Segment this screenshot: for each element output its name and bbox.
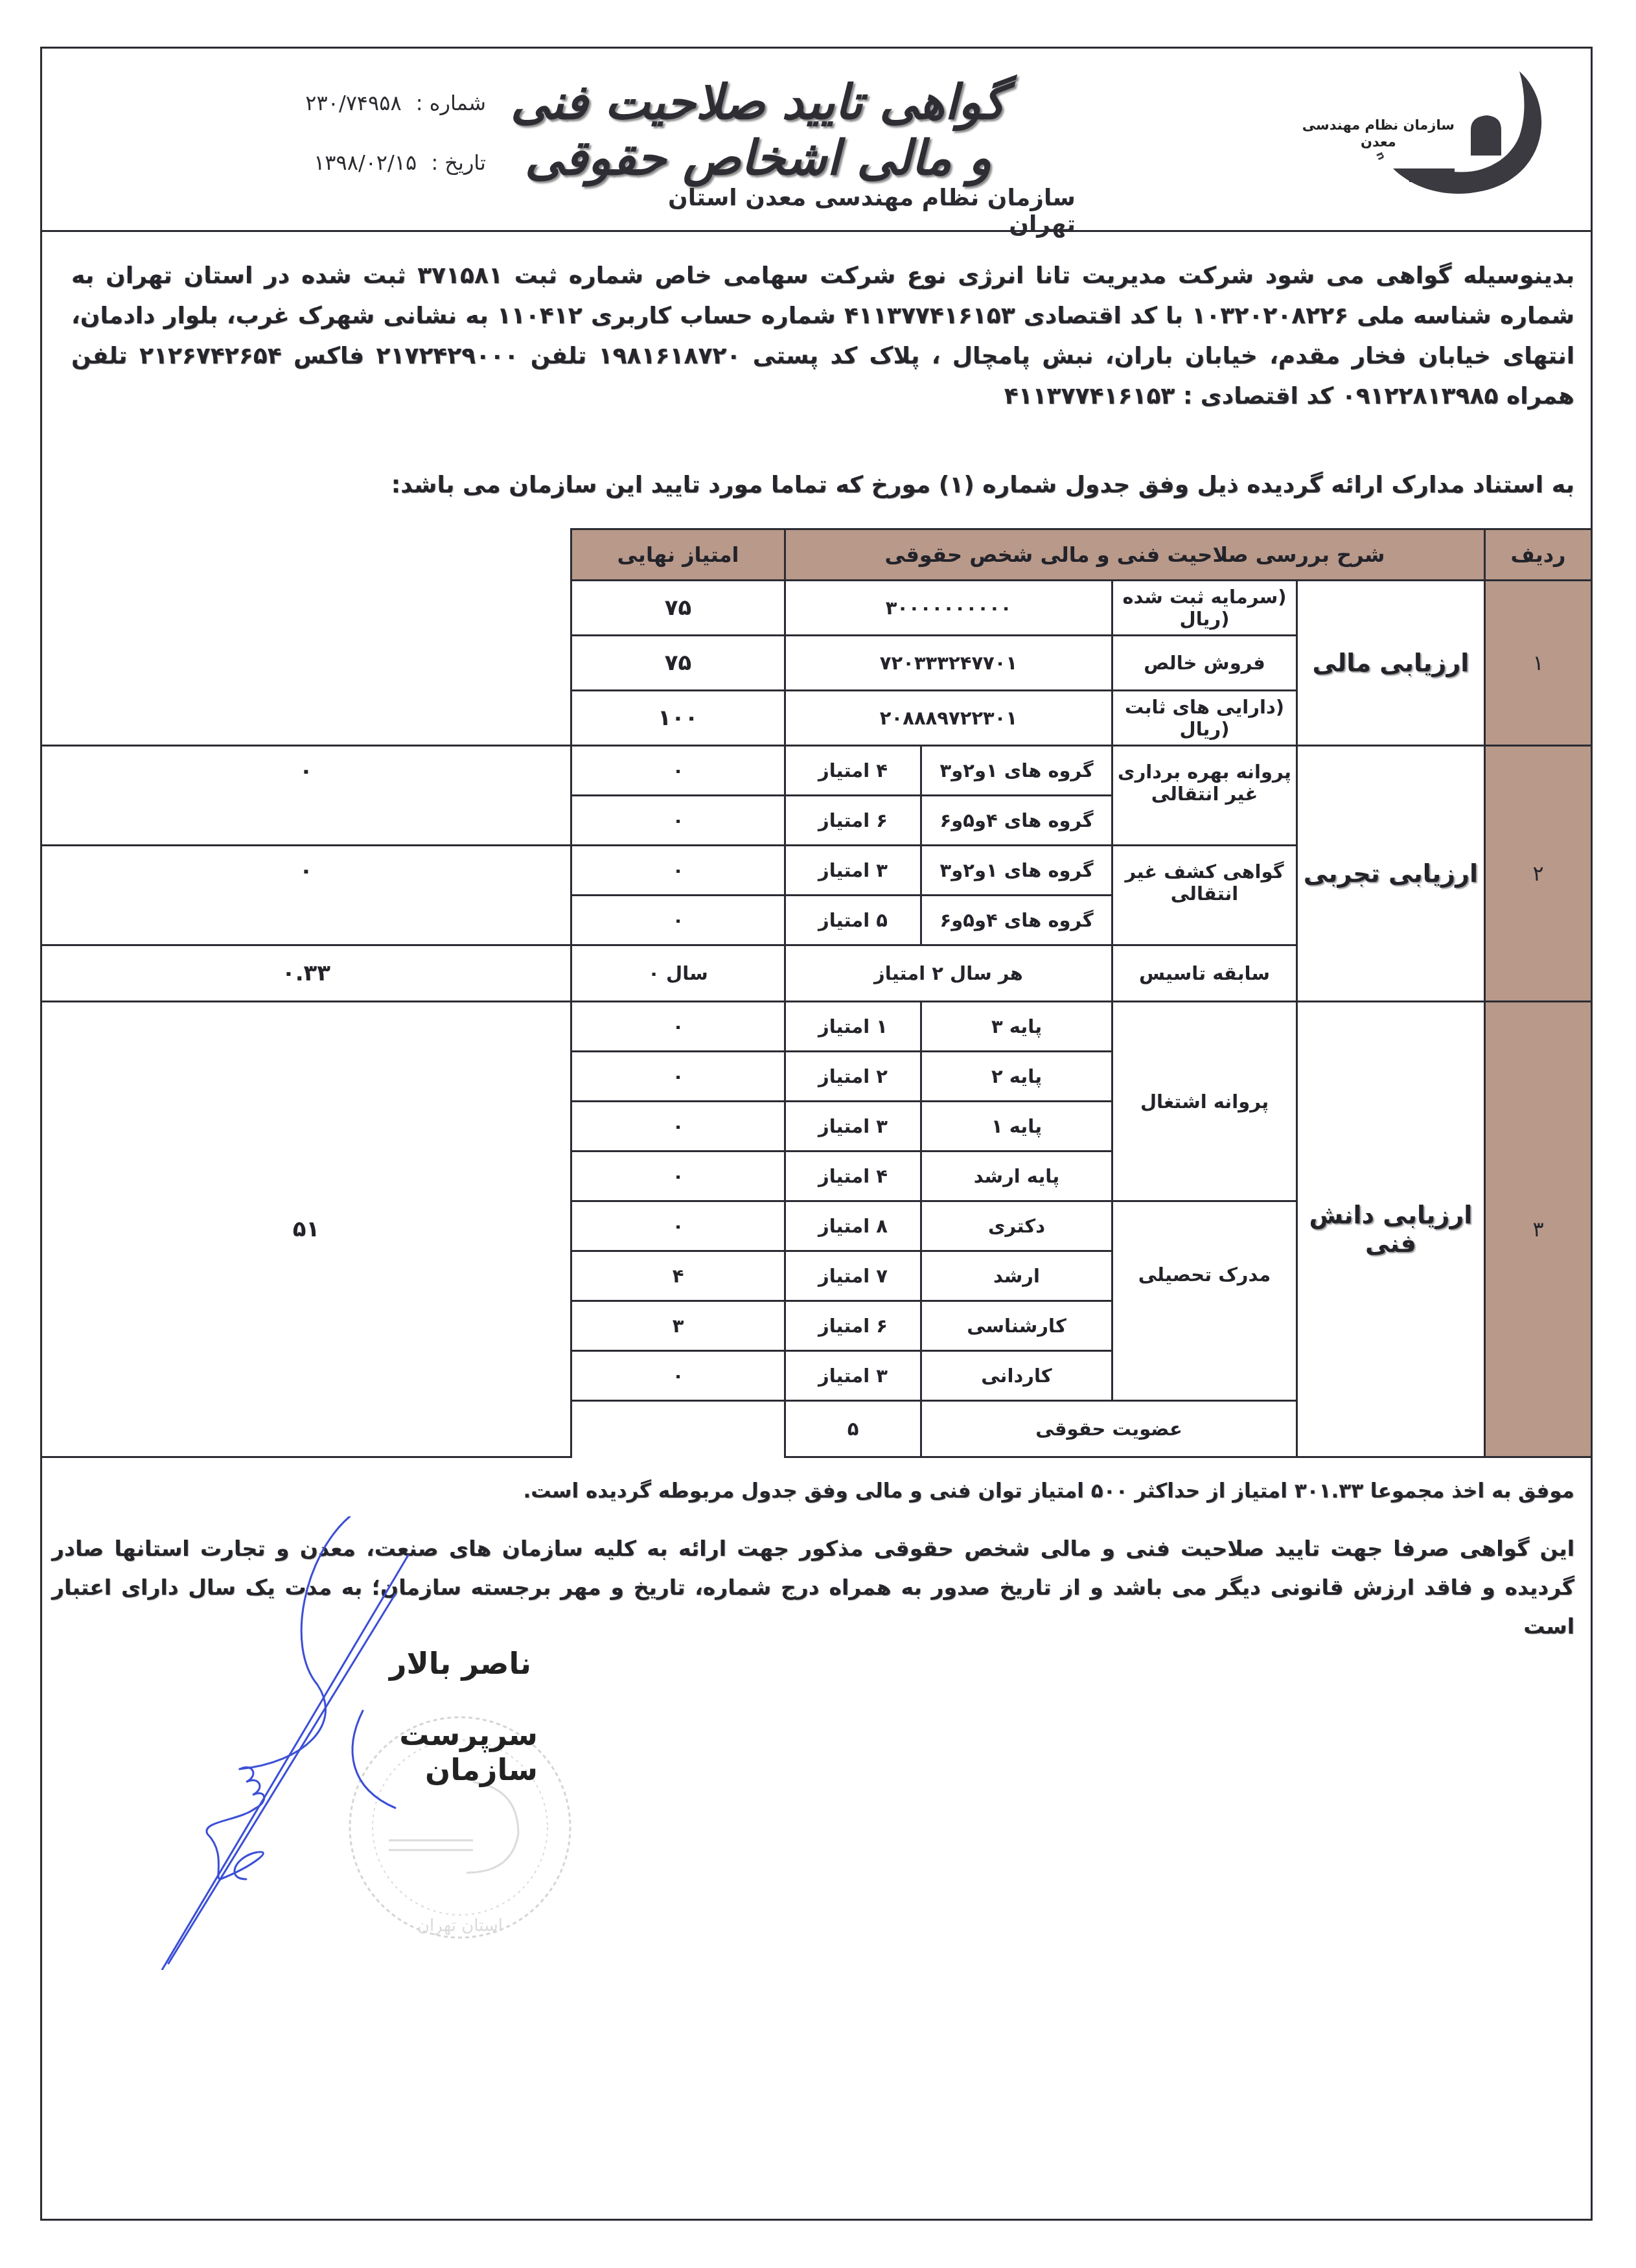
sub-value: ۰ <box>571 1052 785 1102</box>
item-value: ۷۲۰۳۳۳۲۴۷۷۰۱ <box>785 636 1112 691</box>
sub-value: ۰ <box>571 1201 785 1251</box>
item-label: (دارایی های ثابت (ریال <box>1112 691 1297 746</box>
category-financial: ارزیابی مالی <box>1297 581 1485 746</box>
item-final-score: ۷۵ <box>571 636 785 691</box>
sub-level: ارشد <box>921 1251 1112 1301</box>
sub-group: گروه های ۴و۵و۶ <box>921 896 1112 945</box>
sub-group: گروه های ۱و۲و۳ <box>921 746 1112 796</box>
logo-text-line2: معدن <box>1302 133 1455 150</box>
total-score-summary: موفق به اخذ مجموعا ۳۰۱.۳۳ امتیاز از حداک… <box>71 1479 1574 1503</box>
sub-value: ۰ <box>571 1151 785 1201</box>
category-technical-knowledge: ارزیابی دانش فنی <box>1297 1002 1485 1457</box>
sub-value: ۰ <box>571 896 785 945</box>
sub-level: پایه ۳ <box>921 1002 1112 1052</box>
sub-value: ۰ <box>571 1002 785 1052</box>
sub-points: ۶ امتیاز <box>785 1301 921 1351</box>
item-value: سال ۰ <box>571 945 785 1002</box>
date-value: ۱۳۹۸/۰۲/۱۵ <box>314 150 417 175</box>
item-value: ۲۰۸۸۸۹۷۲۲۳۰۱ <box>785 691 1112 746</box>
sub-points: ۴ امتیاز <box>785 746 921 796</box>
item-label: پروانه اشتغال <box>1112 1002 1297 1201</box>
table-header-row: ردیف شرح بررسی صلاحیت فنی و مالی شخص حقو… <box>41 529 1592 581</box>
issuing-organization: سازمان نظام مهندسی معدن استان تهران <box>622 185 1076 238</box>
item-label: عضویت حقوقی <box>921 1401 1297 1457</box>
item-final-score: ۱۰۰ <box>571 691 785 746</box>
table-row: ۱ ارزیابی مالی (سرمایه ثبت شده (ریال ۳۰۰… <box>41 581 1592 636</box>
sub-points: ۱ امتیاز <box>785 1002 921 1052</box>
sub-points: ۳ امتیاز <box>785 846 921 896</box>
item-final-score: ۰ <box>41 746 571 846</box>
table-row: ۳ ارزیابی دانش فنی پروانه اشتغال پایه ۳ … <box>41 1002 1592 1052</box>
row-number: ۲ <box>1485 746 1592 1002</box>
item-label: پروانه بهره برداری غیر انتقالی <box>1112 746 1297 846</box>
sub-value: ۰ <box>571 1102 785 1151</box>
sub-group: گروه های ۱و۲و۳ <box>921 846 1112 896</box>
sub-points: ۷ امتیاز <box>785 1251 921 1301</box>
date-label: تاریخ : <box>431 150 486 175</box>
sub-level: کارشناسی <box>921 1301 1112 1351</box>
sub-level: کاردانی <box>921 1351 1112 1401</box>
item-value: ۵ <box>785 1401 921 1457</box>
number-label: شماره : <box>416 91 486 115</box>
handwritten-signature-icon <box>149 1516 538 1970</box>
table-row: ۲ ارزیابی تجربی پروانه بهره برداری غیر ا… <box>41 746 1592 796</box>
logo-text-line1: سازمان نظام مهندسی <box>1302 117 1455 133</box>
sub-level: پایه ارشد <box>921 1151 1112 1201</box>
sub-points: ۳ امتیاز <box>785 1351 921 1401</box>
sub-value: ۰ <box>571 846 785 896</box>
sub-level: دکتری <box>921 1201 1112 1251</box>
item-label: سابقه تاسیس <box>1112 945 1297 1002</box>
item-final-score: ۷۵ <box>571 581 785 636</box>
header-description: شرح بررسی صلاحیت فنی و مالی شخص حقوقی <box>785 529 1485 581</box>
item-label: گواهی کشف غیر انتقالی <box>1112 846 1297 945</box>
sub-value: ۰ <box>571 796 785 846</box>
item-final-score: ۰ <box>41 846 571 945</box>
sub-level: پایه ۲ <box>921 1052 1112 1102</box>
sub-value: ۳ <box>571 1301 785 1351</box>
item-final-score: ۰.۳۳ <box>41 945 571 1002</box>
row-number: ۳ <box>1485 1002 1592 1457</box>
item-rule: هر سال ۲ امتیاز <box>785 945 1112 1002</box>
sub-value: ۰ <box>571 746 785 796</box>
basis-sentence: به استناد مدارک ارائه گردیده ذیل وفق جدو… <box>71 472 1574 498</box>
sub-points: ۶ امتیاز <box>785 796 921 846</box>
document-number: شماره : ۲۳۰/۷۴۹۵۸ <box>266 91 486 115</box>
item-label: مدرک تحصیلی <box>1112 1201 1297 1401</box>
sub-group: گروه های ۴و۵و۶ <box>921 796 1112 846</box>
sub-points: ۸ امتیاز <box>785 1201 921 1251</box>
number-value: ۲۳۰/۷۴۹۵۸ <box>305 91 401 115</box>
item-value: ۳۰۰۰۰۰۰۰۰۰۰ <box>785 581 1112 636</box>
sub-level: پایه ۱ <box>921 1102 1112 1151</box>
sub-value: ۴ <box>571 1251 785 1301</box>
section-final-score: ۵۱ <box>41 1002 571 1457</box>
row-number: ۱ <box>1485 581 1592 746</box>
document-title: گواهی تایید صلاحیت فنی و مالی اشخاص حقوق… <box>505 75 1011 186</box>
category-experience: ارزیابی تجربی <box>1297 746 1485 1002</box>
sub-points: ۳ امتیاز <box>785 1102 921 1151</box>
sub-points: ۴ امتیاز <box>785 1151 921 1201</box>
qualification-table: ردیف شرح بررسی صلاحیت فنی و مالی شخص حقو… <box>40 528 1593 1458</box>
sub-points: ۵ امتیاز <box>785 896 921 945</box>
sub-value: ۰ <box>571 1351 785 1401</box>
item-label: فروش خالص <box>1112 636 1297 691</box>
sub-points: ۲ امتیاز <box>785 1052 921 1102</box>
document-date: تاریخ : ۱۳۹۸/۰۲/۱۵ <box>266 150 486 175</box>
header-final-score: امتیاز نهایی <box>571 529 785 581</box>
organization-logo: Iranian Mining Engineering Organization … <box>1331 58 1565 207</box>
item-label: (سرمایه ثبت شده (ریال <box>1112 581 1297 636</box>
certificate-intro-paragraph: بدینوسیله گواهی می شود شرکت مدیریت تانا … <box>71 256 1574 417</box>
header-row-number: ردیف <box>1485 529 1592 581</box>
logo-text: سازمان نظام مهندسی معدن <box>1302 117 1455 150</box>
